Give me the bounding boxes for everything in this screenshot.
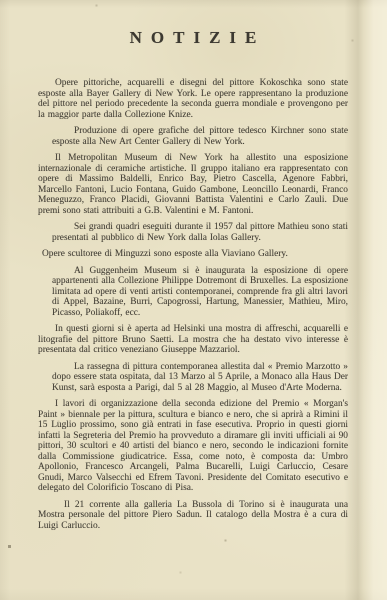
- paragraph-guggenheim: Al Guggenheim Museum si è inaugurata la …: [52, 266, 348, 319]
- paragraph-premio-marzotto: La rassegna di pittura contemporanea all…: [52, 362, 348, 394]
- paragraph-morgans-paint: I lavori di organizzazione della seconda…: [38, 399, 348, 494]
- scanned-document-page: NOTIZIE Opere pittoriche, acquarelli e d…: [0, 0, 387, 600]
- paragraph-helsinki-saetti: In questi giorni si è aperta ad Helsinki…: [38, 324, 348, 356]
- paragraph-mathieu: Sei grandi quadri eseguiti durante il 19…: [52, 222, 348, 243]
- paragraph-minguzzi: Opere scultoree di Minguzzi sono esposte…: [38, 249, 348, 260]
- paper-specks: [0, 0, 1, 1]
- paragraph-la-bussola-sadun: Il 21 corrente alla galleria La Bussola …: [38, 500, 348, 532]
- paragraph-metropolitan-museum: Il Metropolitan Museum di New York ha al…: [38, 153, 348, 216]
- page-title: NOTIZIE: [38, 28, 348, 48]
- paragraph-kokoschka: Opere pittoriche, acquarelli e disegni d…: [38, 78, 348, 120]
- paragraph-kirchner: Produzione di opere grafiche del pittore…: [52, 126, 348, 147]
